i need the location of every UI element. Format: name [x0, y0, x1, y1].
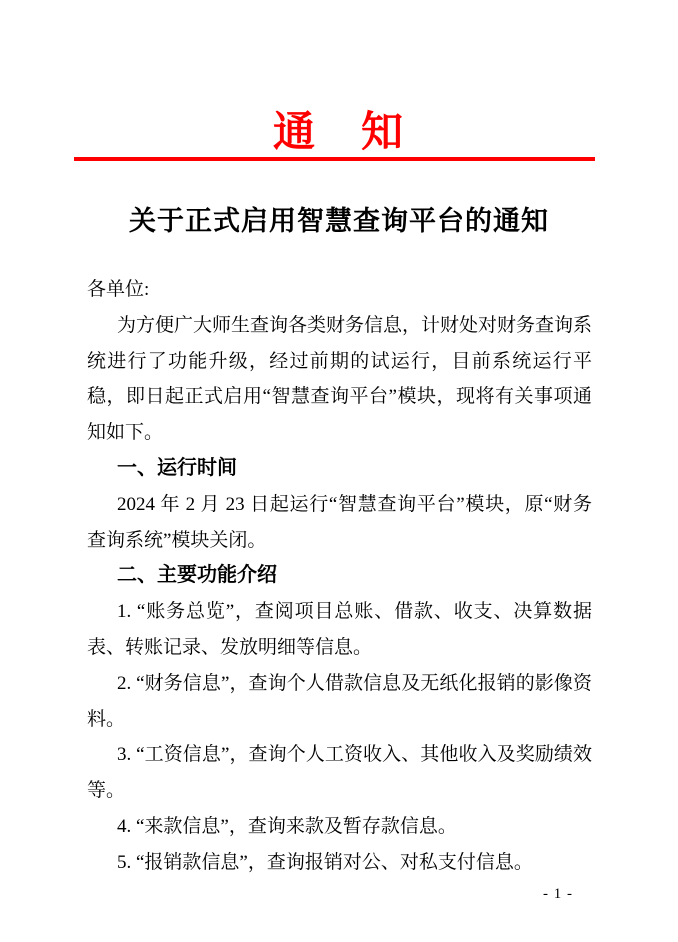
document-heading: 关于正式启用智慧查询平台的通知 — [0, 202, 678, 240]
section-heading-1: 一、运行时间 — [87, 451, 592, 487]
intro-paragraph: 为方便广大师生查询各类财务信息，计财处对财务查询系统进行了功能升级，经过前期的试… — [87, 308, 592, 451]
feature-item-5: 5. “报销款信息”，查询报销对公、对私支付信息。 — [87, 845, 592, 881]
document-page: 通 知 关于正式启用智慧查询平台的通知 各单位: 为方便广大师生查询各类财务信息… — [0, 0, 678, 942]
document-body: 各单位: 为方便广大师生查询各类财务信息，计财处对财务查询系统进行了功能升级，经… — [87, 272, 592, 881]
salutation: 各单位: — [87, 272, 592, 308]
feature-item-1: 1. “账务总览”，查阅项目总账、借款、收支、决算数据表、转账记录、发放明细等信… — [87, 594, 592, 666]
section-1-paragraph: 2024 年 2 月 23 日起运行“智慧查询平台”模块，原“财务查询系统”模块… — [87, 487, 592, 559]
feature-item-3: 3. “工资信息”，查询个人工资收入、其他收入及奖励绩效等。 — [87, 737, 592, 809]
notice-title: 通 知 — [0, 0, 678, 157]
feature-item-4: 4. “来款信息”，查询来款及暂存款信息。 — [87, 809, 592, 845]
red-divider-line — [74, 157, 595, 161]
section-heading-2: 二、主要功能介绍 — [87, 558, 592, 594]
page-number: - 1 - — [0, 886, 678, 903]
feature-item-2: 2. “财务信息”，查询个人借款信息及无纸化报销的影像资料。 — [87, 666, 592, 738]
